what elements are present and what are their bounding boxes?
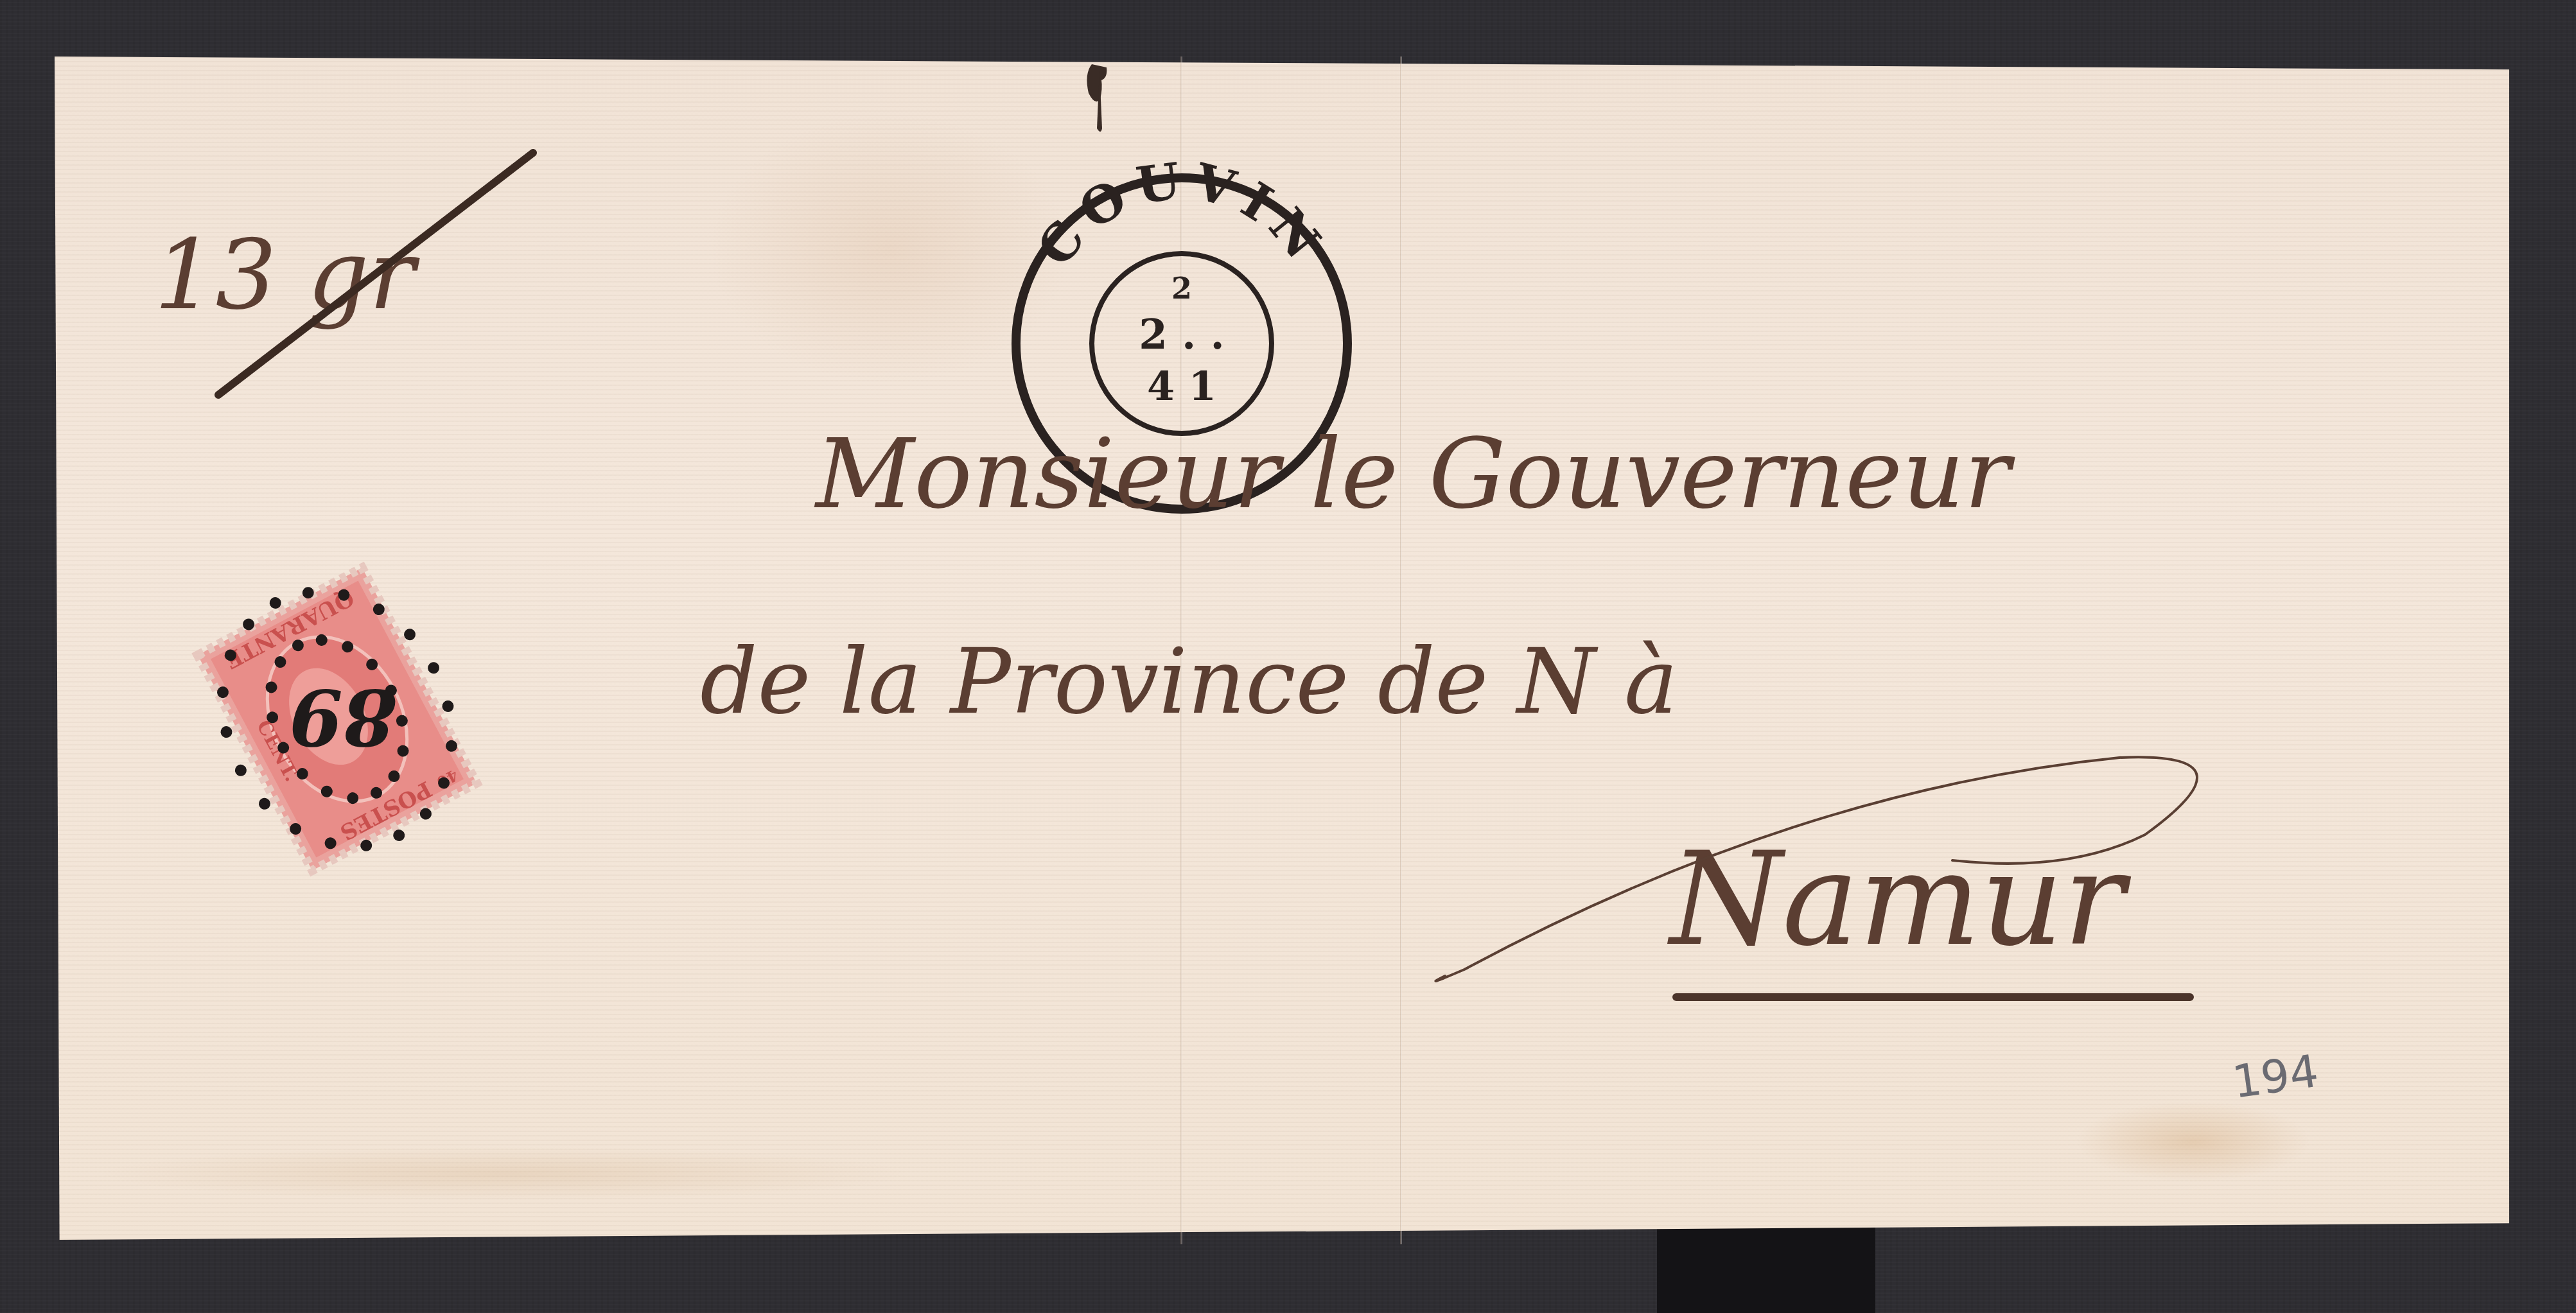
cancel-dot (257, 796, 272, 812)
cancel-numeral: 89 (289, 672, 397, 762)
cancel-dot (233, 763, 249, 778)
cancel-dot (426, 660, 441, 675)
address-line-2: de la Province de N à (700, 630, 1678, 735)
postmark-day: 2 (1171, 271, 1192, 306)
ink-blot (1087, 64, 1107, 132)
cover-markings: 13 gr COUVIN 2 2 . . 4 1 QUARANTE POSTES… (0, 0, 2576, 1313)
postage-stamp: QUARANTE POSTES CENT. 40 89 (171, 544, 503, 894)
weight-note-text: 13 gr (154, 220, 421, 331)
pencil-catalog-number: 194 (2229, 1045, 2322, 1109)
address-block: Monsieur le Gouverneur de la Province de… (700, 419, 2197, 997)
address-line-1: Monsieur le Gouverneur (814, 419, 2016, 530)
postmark-year: 4 1 (1147, 363, 1216, 410)
weight-note: 13 gr (154, 153, 533, 395)
postmark-month: 2 . . (1139, 311, 1225, 359)
cancel-dot (218, 724, 234, 740)
